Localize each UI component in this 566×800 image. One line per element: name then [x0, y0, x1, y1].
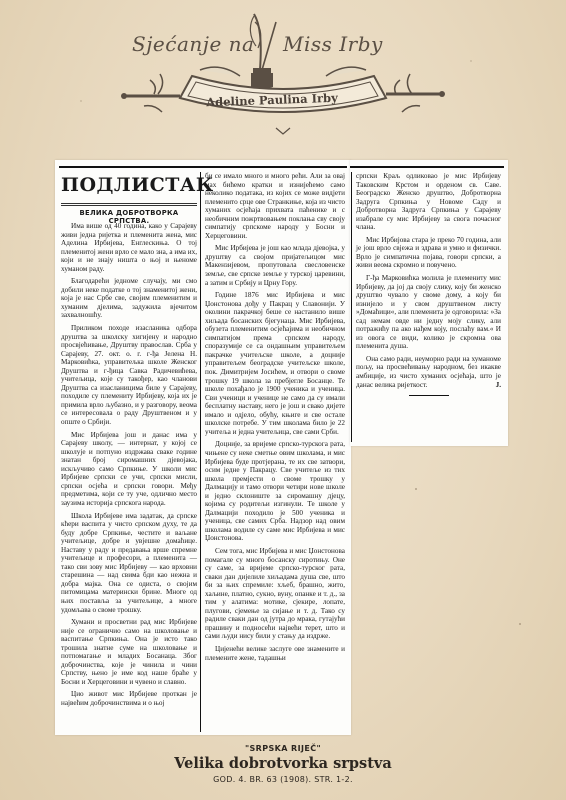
script-title-right: Miss Irby: [283, 32, 383, 56]
paragraph: Доцније, за вријеме српско-турскога рата…: [205, 440, 345, 543]
paragraph: Школа Ирбијеве има задатак, да српске кћ…: [61, 512, 197, 615]
source-name: "SRPSKA RIJEČ": [0, 744, 566, 753]
paper-speck: [415, 488, 417, 490]
top-rule: [59, 166, 347, 168]
paragraph: Приликом походе изасланика одбора друштв…: [61, 324, 197, 427]
paragraph: Цијенећи велике заслуге ове знамените и …: [205, 645, 345, 662]
paragraph: Г-ђа Марковићка молила је племениту мис …: [356, 274, 501, 351]
newspaper-clipping-main: ПОДЛИСТАК ВЕЛИКА ДОБРОТВОРКА СРПСТВА. Им…: [55, 160, 351, 735]
column-divider: [351, 172, 352, 442]
article-column-2: би се имало много и много рећи. Али за о…: [205, 172, 345, 666]
paragraph-text: Она само ради, неуморно ради на хуманоме…: [356, 355, 501, 389]
citation: GOD. 4. BR. 63 (1908). STR. 1-2.: [0, 775, 566, 784]
column-divider: [200, 172, 201, 732]
paragraph: Цио живот мис Ирбијеве проткан је највећ…: [61, 690, 197, 707]
end-rule: [409, 395, 449, 396]
paragraph: српски Краљ одликовао је мис Ирбијеву Та…: [356, 172, 501, 232]
paragraph: Мис Ирбијева је још као млада дјевојка, …: [205, 244, 345, 287]
article-column-1: Има више од 40 година, како у Сарајеву ж…: [61, 222, 197, 712]
footer-headline: Velika dobrotvorka srpstva: [0, 755, 566, 772]
paragraph: Благодарећи једноме случају, ми смо доби…: [61, 277, 197, 320]
paragraph: Хумани и просветни рад мис Ирбијеве није…: [61, 618, 197, 686]
paragraph: би се имало много и много рећи. Али за о…: [205, 172, 345, 240]
paper-speck: [519, 623, 521, 625]
paragraph: Сем тога, мис Ирбијева и мис Џонстонова …: [205, 547, 345, 641]
script-title-left: Sjećanje na: [132, 32, 254, 56]
top-rule: [350, 166, 504, 168]
title-rule: [61, 203, 197, 206]
paragraph: Она само ради, неуморно ради на хуманоме…: [356, 355, 501, 389]
article-column-3: српски Краљ одликовао је мис Ирбијеву Та…: [356, 172, 501, 396]
paragraph: Мис Ирбијева још и данас има у Сарајеву …: [61, 431, 197, 508]
paragraph: Мис Ирбијова стара је преко 70 година, а…: [356, 236, 501, 270]
section-title: ПОДЛИСТАК: [61, 174, 197, 196]
signature: Ј.: [486, 381, 501, 390]
paragraph: Године 1876 мис Ирбијева и мис Џонстонов…: [205, 291, 345, 436]
paragraph: Има више од 40 година, како у Сарајеву ж…: [61, 222, 197, 273]
newspaper-clipping-right: српски Краљ одликовао је мис Ирбијеву Та…: [350, 160, 508, 446]
header-emblem: Sjećanje na Miss Irby Adeline Paulina Ir…: [0, 0, 566, 140]
